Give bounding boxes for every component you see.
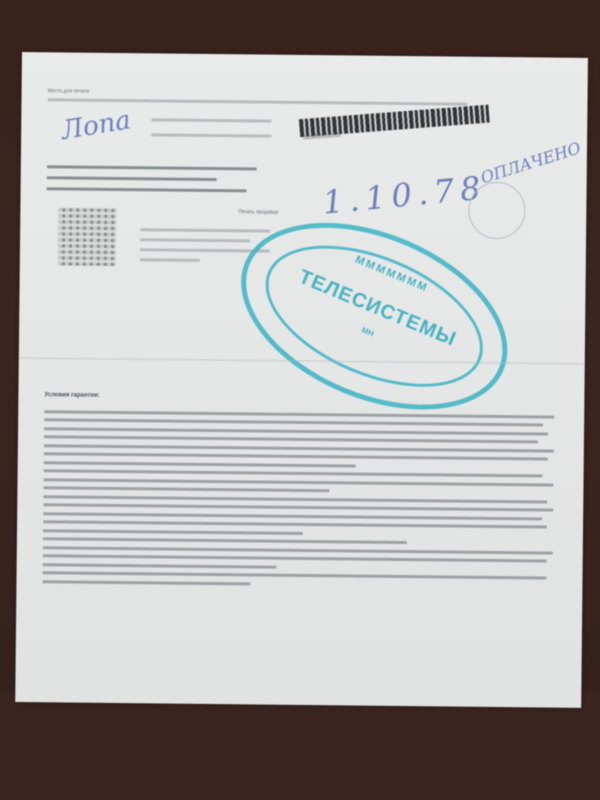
handwritten-date: 1.10.78 <box>321 168 488 221</box>
warranty-conditions-text <box>42 404 564 593</box>
seller-line <box>140 238 250 242</box>
drawn-circle <box>468 182 526 240</box>
signature: Лопа <box>59 105 133 146</box>
qr-code <box>58 207 117 266</box>
stamp-label: Печать продавца <box>238 209 278 215</box>
header-line <box>47 98 467 105</box>
header-label: Место для печати <box>48 88 90 94</box>
field-line <box>47 165 257 170</box>
warranty-card: Место для печати Лопа ||||||||||||||||||… <box>15 52 588 708</box>
seller-line <box>140 258 200 262</box>
field-line <box>47 176 217 181</box>
field-line <box>47 187 247 192</box>
section-heading: Условия гарантии: <box>44 392 99 399</box>
handwritten-note: ОПЛАЧЕНО <box>478 138 583 187</box>
field-line <box>151 118 271 122</box>
field-line <box>151 133 271 137</box>
seller-line <box>140 228 270 232</box>
